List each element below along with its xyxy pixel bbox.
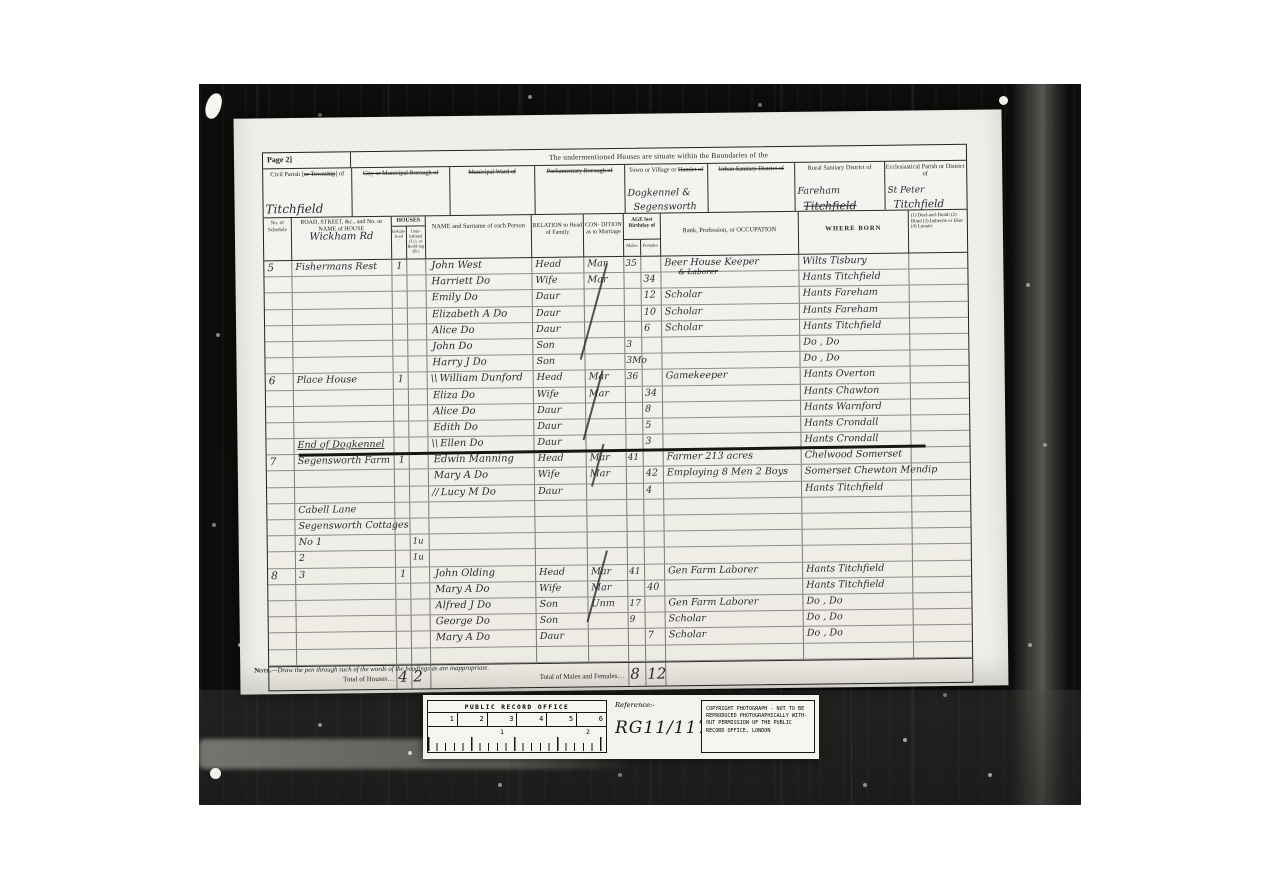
colheader-schedule: No. of Schedule: [264, 218, 293, 260]
ruler-number: 4: [517, 713, 547, 726]
colheader-inhabited: In-hab-it-ed: [392, 227, 407, 259]
road-name-written: Wickham Rd: [292, 234, 391, 242]
cell-relation: Son: [533, 355, 585, 371]
cell-inhabited: [396, 535, 411, 550]
cell-where-born: [802, 512, 912, 529]
person-name: Elizabeth A Do: [432, 308, 507, 320]
cell-where-born: [803, 545, 913, 562]
cell-road: [294, 405, 394, 421]
cell-relation: Son: [537, 614, 589, 630]
cell-schedule: [267, 504, 295, 520]
cell-relation: [537, 646, 589, 662]
cell-occupation: Beer House Keeper& Laborer: [661, 255, 799, 272]
cell-schedule: [267, 520, 295, 536]
colheader-relation: RELATION to Head of Family: [532, 214, 585, 257]
cell-inhabited: [396, 551, 411, 566]
occupation-second-line: [683, 609, 803, 610]
person-name: John Do: [432, 341, 472, 352]
cell-age-male: [626, 419, 643, 434]
cell-name: Mary A Do: [430, 582, 536, 598]
cell-name: //Lucy M Do: [429, 485, 535, 501]
cell-where-born: Do , Do: [804, 610, 914, 627]
person-name: Edwin Manning: [434, 454, 514, 466]
cell-disability: [911, 431, 969, 447]
total-females: 12: [646, 662, 666, 685]
colheader-houses-label: HOUSES: [392, 216, 425, 226]
microfilm-frame: Page 2] The undermentioned Houses are si…: [199, 84, 1081, 805]
film-blemish: [999, 96, 1008, 105]
cell-age-male: [627, 516, 644, 531]
cell-relation: Daur: [533, 290, 585, 306]
cell-occupation: [661, 271, 799, 288]
cell-name: [429, 517, 535, 533]
cell-name: George Do: [431, 614, 537, 630]
cell-age-male: [627, 467, 644, 482]
cell-road: [294, 389, 394, 405]
cell-uninhabited: [410, 470, 429, 485]
cell-inhabited: [397, 632, 412, 647]
field-parliamentary-borough: Parliamentary Borough of: [535, 165, 626, 214]
cell-schedule: [265, 326, 293, 342]
cell-uninhabited: [409, 405, 428, 420]
cell-relation: [535, 516, 587, 532]
cell-road: 2: [296, 551, 396, 567]
person-name: Mary A Do: [436, 632, 490, 644]
cell-age-female: [644, 515, 664, 530]
cell-relation: [536, 549, 588, 565]
cell-age-male: [626, 435, 643, 450]
cell-road: [297, 648, 397, 664]
colheader-occupation: Rank, Profession, or OCCUPATION: [661, 212, 800, 256]
cell-disability: [911, 366, 969, 382]
cell-road: Segensworth Cottages: [295, 519, 395, 535]
cell-schedule: [269, 617, 297, 633]
occupation-second-line: [679, 301, 799, 302]
cell-road: [292, 276, 392, 292]
cell-condition: [589, 645, 629, 661]
cell-uninhabited: [408, 308, 427, 323]
cell-road: Place House: [294, 373, 394, 389]
film-speckles: [199, 84, 201, 86]
total-value: 8: [630, 663, 640, 683]
occupation-second-line: [680, 382, 800, 383]
cell-disability: [910, 301, 968, 317]
cell-relation: Wife: [532, 274, 584, 290]
cell-disability: [913, 544, 971, 560]
cell-inhabited: [396, 583, 411, 598]
cell-condition: [587, 516, 627, 532]
cell-where-born: Do , Do: [803, 593, 913, 610]
cell-age-female: 8: [643, 402, 663, 417]
field-label-struck: or Township: [304, 170, 336, 177]
cell-disability: [912, 512, 970, 528]
cell-age-male: [627, 483, 644, 498]
cell-uninhabited: 1u: [411, 551, 430, 566]
page-number: Page 2]: [263, 152, 351, 168]
cell-schedule: [266, 390, 294, 406]
cell-age-female: 34: [641, 273, 661, 288]
cell-occupation: [666, 643, 804, 660]
cell-disability: [913, 593, 971, 609]
cell-condition: Mar: [588, 564, 628, 580]
cell-occupation: Farmer 213 acres: [664, 449, 802, 466]
cell-road: [293, 357, 393, 373]
field-urban-sanitary: Urban Sanitary District of: [708, 163, 796, 212]
colheader-uninhabited: Unin-habited (U.), or Build-ing (B.): [406, 226, 425, 258]
cell-name: John Olding: [430, 566, 536, 582]
cell-where-born: Do , Do: [800, 351, 910, 368]
town-village-value2: Segensworth: [634, 203, 697, 211]
cell-age-male: 3: [625, 338, 642, 353]
reference-label: Reference:-: [615, 701, 697, 709]
cell-road: Fishermans Rest: [292, 260, 392, 276]
cell-disability: [912, 496, 970, 512]
cell-where-born: Hants Overton: [801, 367, 911, 384]
cell-disability: [913, 560, 971, 576]
cell-condition: Mar: [586, 386, 626, 402]
cell-occupation: Gamekeeper: [663, 368, 801, 385]
total-males: 8: [629, 662, 646, 685]
cell-age-female: [645, 548, 665, 563]
field-label: Ecclesiastical Parish or District of: [886, 163, 965, 178]
occupation-text: Gen Farm Laborer: [668, 564, 758, 576]
field-label-struck: Parliamentary Borough of: [547, 167, 613, 175]
cell-schedule: [265, 310, 293, 326]
cell-road: [296, 600, 396, 616]
cell-uninhabited: [410, 454, 429, 469]
field-label-struck: City or Municipal Borough of: [363, 169, 439, 177]
cell-relation: Daur: [534, 419, 586, 435]
cell-schedule: [268, 552, 296, 568]
cell-inhabited: 1: [394, 373, 409, 388]
cell-relation: Daur: [533, 322, 585, 338]
colheader-houses: HOUSES In-hab-it-ed Unin-habited (U.), o…: [392, 216, 427, 258]
occupation-second-line: [681, 479, 801, 480]
cell-disability: [909, 269, 967, 285]
census-document: Page 2] The undermentioned Houses are si…: [234, 109, 1009, 694]
cell-occupation: Scholar: [662, 287, 800, 304]
cell-occupation: [663, 417, 801, 434]
cell-age-female: [642, 354, 662, 369]
cell-age-male: [624, 273, 641, 288]
cell-age-female: 5: [643, 418, 663, 433]
copyright-line: RECORD OFFICE, LONDON: [706, 728, 814, 735]
cell-condition: [589, 613, 629, 629]
cell-age-female: 40: [645, 580, 665, 595]
occupation-text: Employing 8 Men 2 Boys: [667, 466, 788, 478]
cell-inhabited: [392, 276, 407, 291]
household-mark: \\: [431, 438, 438, 449]
field-label-struck: Urban Sanitary District of: [718, 165, 784, 173]
cell-disability: [914, 641, 972, 657]
cell-age-female: [646, 645, 666, 660]
cell-condition: [588, 532, 628, 548]
cell-road: [295, 470, 395, 486]
person-name: John Olding: [435, 567, 495, 579]
cell-road: [293, 292, 393, 308]
cell-uninhabited: [408, 340, 427, 355]
cell-inhabited: [397, 616, 412, 631]
cell-inhabited: [395, 486, 410, 501]
cell-schedule: [267, 471, 295, 487]
ecclesiastical-value2: Titchfield: [894, 201, 945, 209]
cell-uninhabited: [411, 583, 430, 598]
pro-ruler-box: PUBLIC RECORD OFFICE 1 2 3 4 5 6 1 2: [427, 700, 607, 753]
cell-occupation: Scholar: [666, 611, 804, 628]
cell-road: [293, 325, 393, 341]
cell-uninhabited: [408, 356, 427, 371]
pro-reference-strip: PUBLIC RECORD OFFICE 1 2 3 4 5 6 1 2 Ref…: [423, 695, 819, 759]
field-municipal-ward: Municipal Ward of: [450, 166, 536, 215]
occupation-second-line: [679, 317, 799, 318]
cell-age-male: [626, 386, 643, 401]
cell-occupation: [665, 579, 803, 596]
cell-age-female: [641, 256, 661, 271]
person-name: William Dunford: [439, 373, 522, 385]
reference-value: RG11/1170: [615, 718, 697, 738]
cell-condition: [586, 435, 626, 451]
person-name: Lucy M Do: [441, 486, 496, 498]
cell-relation: Daur: [533, 306, 585, 322]
cell-age-male: [628, 548, 645, 563]
cell-road: No 1: [296, 535, 396, 551]
cell-age-female: 3: [643, 435, 663, 450]
cell-where-born: Hants Titchfield: [803, 561, 913, 578]
cell-where-born: Hants Titchfield: [803, 577, 913, 594]
colheader-condition: CON- DITION as to Marriage: [584, 214, 625, 256]
cell-schedule: 8: [268, 569, 296, 585]
town-village-value: Dogkennel &: [627, 187, 690, 200]
cell-disability: [912, 447, 970, 463]
cell-age-male: [629, 645, 646, 660]
cell-disability: [911, 415, 969, 431]
cell-road: [293, 341, 393, 357]
occupation-text: Scholar: [669, 629, 706, 640]
person-name: John West: [431, 260, 482, 272]
ecclesiastical-value: St Peter: [887, 184, 924, 196]
cell-inhabited: [394, 389, 409, 404]
cell-where-born: [804, 642, 914, 659]
reference-area: Reference:- RG11/1170: [615, 701, 697, 738]
field-rural-sanitary: Rural Sanitary District of Fareham Titch…: [795, 162, 886, 211]
person-name: Mary A Do: [435, 583, 489, 595]
person-name: Harry J Do: [432, 357, 486, 369]
cell-age-male: [626, 402, 643, 417]
cell-condition: Mar: [587, 451, 627, 467]
cell-road: [296, 584, 396, 600]
occupation-second-line: [683, 625, 803, 626]
cell-disability: [911, 382, 969, 398]
cell-relation: Daur: [537, 630, 589, 646]
colheader-males: Males: [624, 240, 641, 256]
cell-age-female: [646, 613, 666, 628]
cell-occupation: [665, 546, 803, 563]
ruler-number: 1: [428, 713, 458, 726]
cell-where-born: Chelwood Somerset: [802, 448, 912, 465]
occupation-text: Farmer 213 acres: [667, 451, 754, 463]
cell-road: Segensworth Farm: [295, 454, 395, 470]
cell-age-male: [629, 629, 646, 644]
person-name: Alice Do: [432, 325, 474, 337]
cell-uninhabited: 1u: [411, 535, 430, 550]
cell-age-female: [644, 451, 664, 466]
cell-relation: [535, 500, 587, 516]
rural-sanitary-value-struck: Titchfield: [804, 202, 857, 210]
cell-relation: Wife: [535, 468, 587, 484]
cell-occupation: [665, 530, 803, 547]
cell-age-female: [645, 532, 665, 547]
occupation-text: Gen Farm Laborer: [668, 596, 758, 608]
cell-age-male: 9: [629, 613, 646, 628]
cell-where-born: Hants Titchfield: [799, 270, 909, 287]
cell-occupation: Gen Farm Laborer: [665, 595, 803, 612]
cell-road: [294, 422, 394, 438]
colheader-name: NAME and Surname of each Person: [426, 215, 533, 258]
cell-age-female: 6: [642, 321, 662, 336]
copyright-line: COPYRIGHT PHOTOGRAPH - NOT TO BE: [706, 706, 814, 713]
cell-uninhabited: [410, 502, 429, 517]
cell-road: [295, 486, 395, 502]
cell-age-female: [645, 596, 665, 611]
cell-name: Harry J Do: [427, 355, 533, 371]
cell-condition: Unm: [588, 597, 628, 613]
cell-uninhabited: [411, 567, 430, 582]
cell-age-male: 3Mo: [625, 354, 642, 369]
cell-uninhabited: [409, 421, 428, 436]
cell-inhabited: [393, 324, 408, 339]
cell-occupation: [663, 433, 801, 450]
cell-occupation: Scholar: [662, 320, 800, 337]
cell-schedule: 6: [266, 374, 294, 390]
cell-uninhabited: [411, 599, 430, 614]
cell-name: Mary A Do: [429, 468, 535, 484]
cell-relation: Wife: [536, 581, 588, 597]
cell-schedule: [264, 277, 292, 293]
cell-age-male: [628, 580, 645, 595]
cell-condition: [586, 403, 626, 419]
cell-name: [430, 533, 536, 549]
rural-sanitary-value: Fareham: [797, 185, 840, 198]
cell-condition: Mar: [587, 467, 627, 483]
cell-age-male: 35: [624, 257, 641, 272]
cell-name: Alice Do: [427, 323, 533, 339]
occupation-text: Scholar: [665, 322, 702, 333]
cell-age-female: [643, 370, 663, 385]
cell-where-born: Hants Fareham: [800, 286, 910, 303]
cell-name: John Do: [427, 339, 533, 355]
film-blemish: [203, 92, 223, 121]
cell-name: Elizabeth A Do: [427, 307, 533, 323]
occupation-text: Scholar: [665, 289, 702, 300]
cell-where-born: Hants Crondall: [801, 432, 911, 449]
cell-occupation: [663, 384, 801, 401]
cell-where-born: Hants Crondall: [801, 415, 911, 432]
occupation-second-line: [681, 463, 801, 464]
cell-inhabited: [395, 470, 410, 485]
cell-age-female: [644, 499, 664, 514]
cell-condition: [585, 338, 625, 354]
cell-disability: [911, 398, 969, 414]
cell-age-male: 41: [628, 564, 645, 579]
cell-where-born: [802, 496, 912, 513]
cell-name: [431, 647, 537, 663]
cell-uninhabited: [407, 276, 426, 291]
cell-inhabited: [397, 648, 412, 663]
cell-schedule: [268, 585, 296, 601]
cell-relation: Head: [532, 257, 584, 273]
cell-inhabited: [394, 421, 409, 436]
cell-age-male: 41: [627, 451, 644, 466]
cell-condition: [586, 419, 626, 435]
field-municipal-borough: City or Municipal Borough of: [352, 167, 451, 216]
person-name: Harriett Do: [431, 276, 490, 288]
cell-occupation: [664, 498, 802, 515]
cell-occupation: Employing 8 Men 2 Boys: [664, 465, 802, 482]
household-mark: \\: [431, 374, 438, 385]
cell-uninhabited: [409, 437, 428, 452]
cell-condition: [587, 500, 627, 516]
cell-inhabited: 1: [396, 567, 411, 582]
field-label-struck: Hamlet of: [678, 166, 703, 173]
cell-condition: [585, 322, 625, 338]
cell-disability: [914, 609, 972, 625]
cell-name: Eliza Do: [428, 388, 534, 404]
census-rows: 5 Fishermans Rest 1 John West Head Mar 3…: [264, 253, 972, 666]
cell-road: Cabell Lane: [295, 503, 395, 519]
cell-where-born: Hants Fareham: [800, 302, 910, 319]
occupation-second-line: [679, 334, 799, 335]
cell-age-male: [625, 289, 642, 304]
occupation-text: Scholar: [665, 306, 702, 317]
person-name: George Do: [436, 616, 490, 628]
cell-uninhabited: [410, 518, 429, 533]
cell-where-born: Do , Do: [804, 626, 914, 643]
cell-relation: Head: [536, 565, 588, 581]
copyright-line: OUT PERMISSION OF THE PUBLIC: [706, 720, 814, 727]
cell-road: 3: [296, 567, 396, 583]
occupation-text: Gamekeeper: [666, 370, 728, 382]
cell-name: Harriett Do: [426, 274, 532, 290]
field-label: Civil Parish [: [270, 171, 304, 178]
cell-occupation: [663, 400, 801, 417]
cell-condition: [588, 548, 628, 564]
field-label: Town or Village or: [629, 166, 678, 174]
cell-name: Edith Do: [428, 420, 534, 436]
cell-schedule: [266, 407, 294, 423]
cell-road: [297, 632, 397, 648]
cell-age-male: [628, 532, 645, 547]
cell-where-born: Hants Warnford: [801, 399, 911, 416]
cell-uninhabited: [409, 373, 428, 388]
cell-uninhabited: [408, 292, 427, 307]
occupation-text: Scholar: [669, 613, 706, 624]
cell-disability: [912, 479, 970, 495]
cell-disability: [913, 576, 971, 592]
colheader-road: ROAD, STREET, &c., and No. or NAME of HO…: [292, 217, 393, 260]
cell-condition: Mar: [584, 273, 624, 289]
cell-schedule: [265, 358, 293, 374]
cell-schedule: [269, 633, 297, 649]
cell-uninhabited: [412, 648, 431, 663]
cell-age-female: 4: [644, 483, 664, 498]
cell-schedule: [269, 649, 297, 665]
cell-where-born: [803, 529, 913, 546]
colheader-age: AGE last Birthday of Males Females: [624, 214, 662, 256]
cell-disability: [910, 285, 968, 301]
colheader-disability: (1) Deaf-and-Dumb (2) Blind (3) Imbecile…: [909, 210, 968, 253]
cell-where-born: Somerset Chewton Mendip: [802, 464, 912, 481]
cell-disability: [913, 528, 971, 544]
